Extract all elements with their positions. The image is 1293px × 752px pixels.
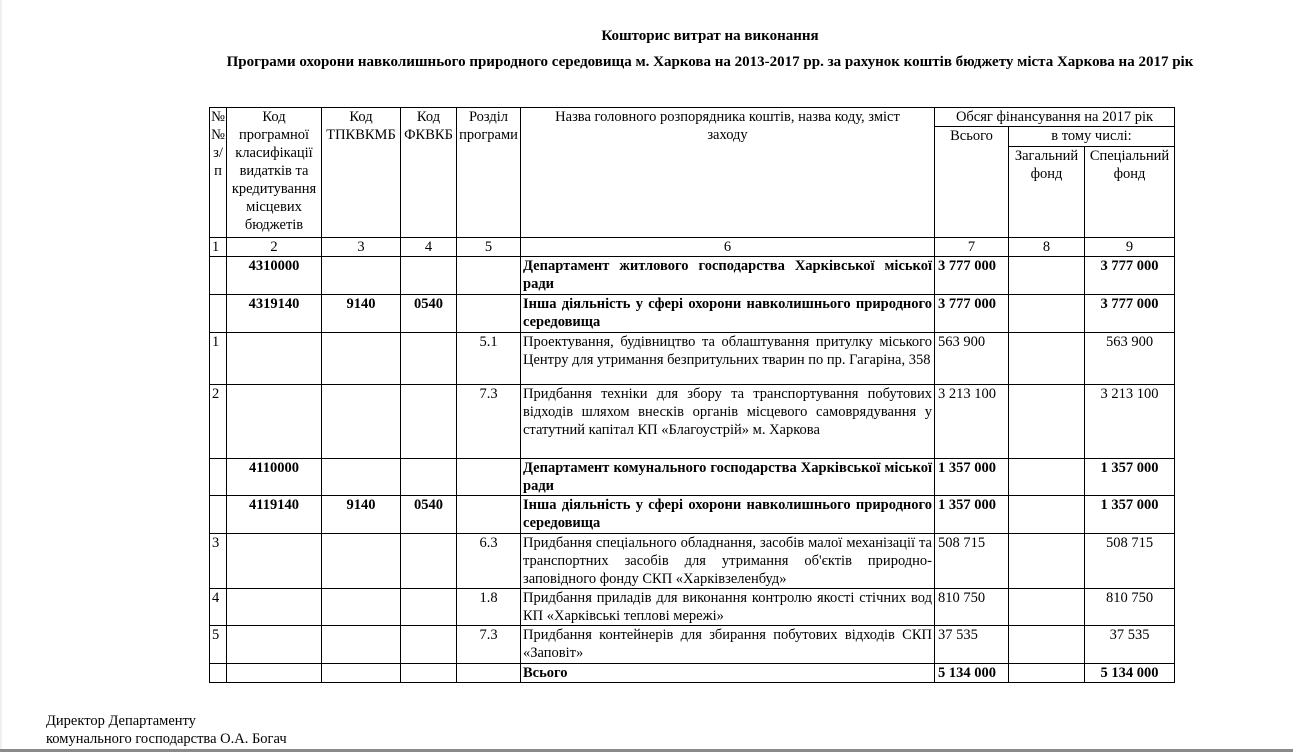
cell-total: 3 777 000 — [935, 257, 1009, 295]
cell-prog-code: 4319140 — [227, 295, 322, 333]
header-total: Всього — [935, 127, 1009, 238]
cell-fkvkb: 0540 — [401, 496, 457, 534]
cell-prog-code — [227, 385, 322, 459]
cell-tpkvkmb — [322, 333, 401, 385]
cell-tpkvkmb: 9140 — [322, 496, 401, 534]
cell-section — [457, 295, 521, 333]
header-general-fund: Загальний фонд — [1009, 147, 1085, 238]
cell-prog-code — [227, 664, 322, 683]
cell-name: Придбання спеціального обладнання, засоб… — [521, 534, 935, 589]
column-number: 3 — [322, 238, 401, 257]
cell-special-fund: 3 777 000 — [1085, 295, 1175, 333]
signature-line-2: комунального господарства О.А. Богач — [46, 730, 287, 748]
cell-total: 5 134 000 — [935, 664, 1009, 683]
cell-prog-code — [227, 333, 322, 385]
cell-name: Придбання техніки для збору та транспорт… — [521, 385, 935, 459]
cell-num: 3 — [210, 534, 227, 589]
cell-fkvkb — [401, 664, 457, 683]
cell-fkvkb — [401, 385, 457, 459]
cell-general-fund — [1009, 664, 1085, 683]
table-row: 36.3Придбання спеціального обладнання, з… — [210, 534, 1175, 589]
cell-general-fund — [1009, 459, 1085, 496]
header-name: Назва головного розпорядника коштів, наз… — [521, 108, 935, 238]
document-subtitle: Програми охорони навколишнього природног… — [0, 54, 1293, 71]
cell-section — [457, 459, 521, 496]
cell-total: 810 750 — [935, 589, 1009, 626]
table-row: 57.3Придбання контейнерів для збирання п… — [210, 626, 1175, 664]
column-number: 4 — [401, 238, 457, 257]
cell-section: 1.8 — [457, 589, 521, 626]
header-num-text: №№з/п — [210, 108, 226, 180]
cell-section: 6.3 — [457, 534, 521, 589]
cell-total: 37 535 — [935, 626, 1009, 664]
cell-name: Придбання приладів для виконання контрол… — [521, 589, 935, 626]
signature-block: Директор Департаменту комунального госпо… — [46, 712, 287, 748]
header-funding: Обсяг фінансування на 2017 рік — [935, 108, 1175, 127]
cell-total: 563 900 — [935, 333, 1009, 385]
cell-fkvkb: 0540 — [401, 295, 457, 333]
cell-tpkvkmb — [322, 459, 401, 496]
cell-section — [457, 496, 521, 534]
cell-num — [210, 295, 227, 333]
column-number: 5 — [457, 238, 521, 257]
header-including: в тому числі: — [1009, 127, 1175, 147]
cell-fkvkb — [401, 534, 457, 589]
cell-total: 1 357 000 — [935, 496, 1009, 534]
cell-tpkvkmb: 9140 — [322, 295, 401, 333]
cell-name: Департамент житлового господарства Харкі… — [521, 257, 935, 295]
cell-prog-code — [227, 626, 322, 664]
cell-name: Інша діяльність у сфері охорони навколиш… — [521, 496, 935, 534]
header-special-fund: Спеціальний фонд — [1085, 147, 1175, 238]
table-row: 4310000Департамент житлового господарств… — [210, 257, 1175, 295]
cell-name: Всього — [521, 664, 935, 683]
cell-general-fund — [1009, 385, 1085, 459]
cell-fkvkb — [401, 589, 457, 626]
cell-general-fund — [1009, 496, 1085, 534]
cell-prog-code — [227, 534, 322, 589]
signature-line-1: Директор Департаменту — [46, 712, 287, 730]
cell-special-fund: 3 777 000 — [1085, 257, 1175, 295]
cell-special-fund: 508 715 — [1085, 534, 1175, 589]
cell-name: Департамент комунального господарства Ха… — [521, 459, 935, 496]
document-title: Кошторис витрат на виконання — [0, 28, 1293, 45]
cell-total: 1 357 000 — [935, 459, 1009, 496]
budget-table: №№з/п Код програмної класифікації видатк… — [209, 107, 1175, 683]
column-numbers-row: 123456789 — [210, 238, 1175, 257]
cell-prog-code: 4310000 — [227, 257, 322, 295]
cell-section: 7.3 — [457, 626, 521, 664]
cell-tpkvkmb — [322, 626, 401, 664]
column-number: 9 — [1085, 238, 1175, 257]
cell-section — [457, 257, 521, 295]
header-num-line: № — [210, 108, 226, 126]
column-number: 8 — [1009, 238, 1085, 257]
page-left-edge — [0, 0, 2, 752]
header-section: Розділ програми — [457, 108, 521, 238]
cell-num: 5 — [210, 626, 227, 664]
cell-tpkvkmb — [322, 534, 401, 589]
cell-num — [210, 257, 227, 295]
cell-num — [210, 496, 227, 534]
header-num-line: з/ — [210, 144, 226, 162]
table-row: 15.1Проектування, будівництво та облашту… — [210, 333, 1175, 385]
cell-num: 4 — [210, 589, 227, 626]
header-num-line: № — [210, 126, 226, 144]
cell-name: Придбання контейнерів для збирання побут… — [521, 626, 935, 664]
column-number: 2 — [227, 238, 322, 257]
table-row: 431914091400540Інша діяльність у сфері о… — [210, 295, 1175, 333]
column-number: 1 — [210, 238, 227, 257]
table-row: 41.8Придбання приладів для виконання кон… — [210, 589, 1175, 626]
cell-special-fund: 563 900 — [1085, 333, 1175, 385]
cell-fkvkb — [401, 333, 457, 385]
cell-special-fund: 1 357 000 — [1085, 459, 1175, 496]
header-tpkvkmb: Код ТПКВКМБ — [322, 108, 401, 238]
table-row: Всього5 134 0005 134 000 — [210, 664, 1175, 683]
cell-total: 3 777 000 — [935, 295, 1009, 333]
header-fkvkb: Код ФКВКБ — [401, 108, 457, 238]
cell-name: Проектування, будівництво та облаштуванн… — [521, 333, 935, 385]
cell-fkvkb — [401, 626, 457, 664]
cell-fkvkb — [401, 257, 457, 295]
cell-tpkvkmb — [322, 589, 401, 626]
cell-section: 7.3 — [457, 385, 521, 459]
cell-tpkvkmb — [322, 385, 401, 459]
table-row: 27.3Придбання техніки для збору та транс… — [210, 385, 1175, 459]
cell-special-fund: 810 750 — [1085, 589, 1175, 626]
cell-tpkvkmb — [322, 257, 401, 295]
cell-total: 508 715 — [935, 534, 1009, 589]
cell-general-fund — [1009, 295, 1085, 333]
cell-prog-code: 4110000 — [227, 459, 322, 496]
table-row: 411914091400540Інша діяльність у сфері о… — [210, 496, 1175, 534]
cell-special-fund: 37 535 — [1085, 626, 1175, 664]
cell-fkvkb — [401, 459, 457, 496]
cell-general-fund — [1009, 626, 1085, 664]
cell-special-fund: 3 213 100 — [1085, 385, 1175, 459]
cell-prog-code: 4119140 — [227, 496, 322, 534]
table-row: 4110000Департамент комунального господар… — [210, 459, 1175, 496]
cell-general-fund — [1009, 257, 1085, 295]
cell-tpkvkmb — [322, 664, 401, 683]
cell-num — [210, 459, 227, 496]
cell-num: 2 — [210, 385, 227, 459]
header-num-line: п — [210, 162, 226, 180]
cell-general-fund — [1009, 333, 1085, 385]
cell-name: Інша діяльність у сфері охорони навколиш… — [521, 295, 935, 333]
cell-special-fund: 5 134 000 — [1085, 664, 1175, 683]
cell-general-fund — [1009, 534, 1085, 589]
cell-section: 5.1 — [457, 333, 521, 385]
cell-special-fund: 1 357 000 — [1085, 496, 1175, 534]
cell-total: 3 213 100 — [935, 385, 1009, 459]
cell-num — [210, 664, 227, 683]
cell-general-fund — [1009, 589, 1085, 626]
header-prog-code: Код програмної класифікації видатків та … — [227, 108, 322, 238]
cell-prog-code — [227, 589, 322, 626]
cell-section — [457, 664, 521, 683]
column-number: 7 — [935, 238, 1009, 257]
header-num: №№з/п — [210, 108, 227, 238]
cell-num: 1 — [210, 333, 227, 385]
column-number: 6 — [521, 238, 935, 257]
